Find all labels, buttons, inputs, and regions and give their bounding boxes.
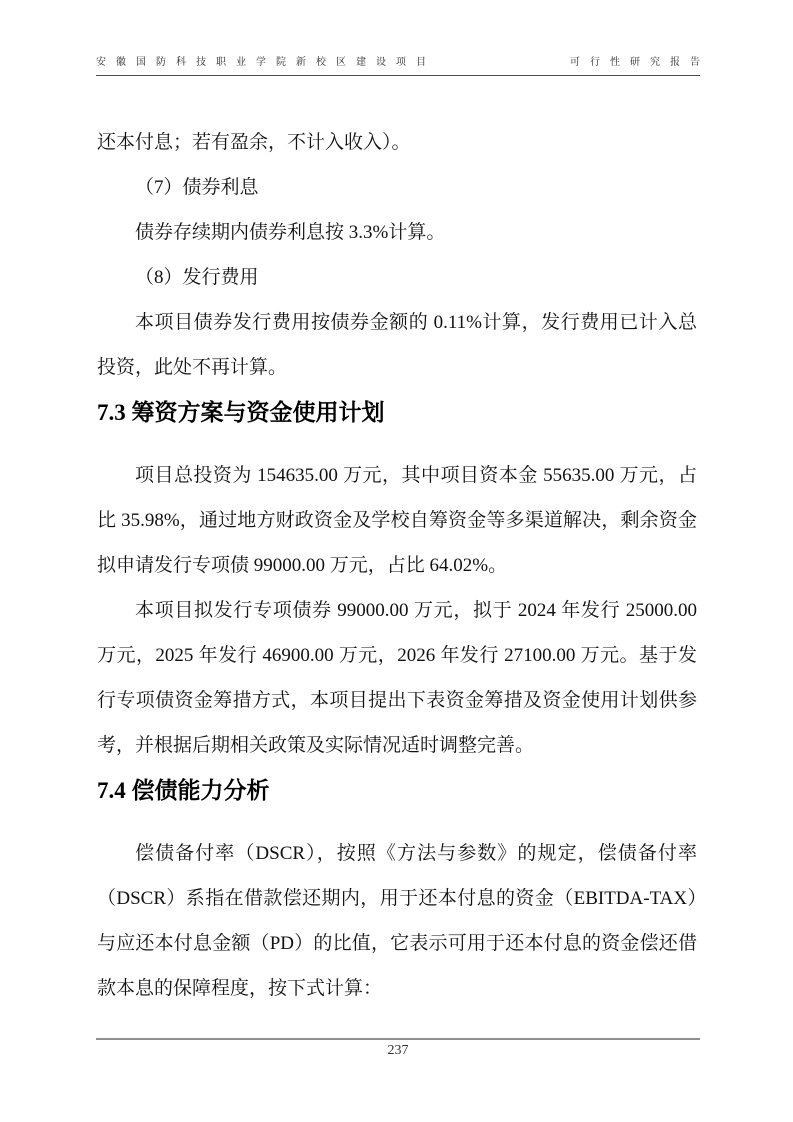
- paragraph-issuance-fee: 本项目债券发行费用按债券金额的 0.11%计算，发行费用已计入总投资，此处不再计…: [97, 300, 697, 390]
- document-page: 安徽国防科技职业学院新校区建设项目 可行性研究报告 还本付息；若有盈余，不计入收…: [0, 0, 793, 1122]
- paragraph-item-8-title: （8）发行费用: [97, 255, 697, 300]
- section-heading-7-4: 7.4 偿债能力分析: [97, 768, 697, 813]
- paragraph-carryover: 还本付息；若有盈余，不计入收入）。: [97, 120, 697, 165]
- document-body: 还本付息；若有盈余，不计入收入）。 （7）债券利息 债券存续期内债券利息按 3.…: [97, 120, 697, 1011]
- header-doc-type: 可行性研究报告: [570, 53, 710, 68]
- paragraph-bond-interest: 债券存续期内债券利息按 3.3%计算。: [97, 210, 697, 255]
- running-footer: 237: [96, 1038, 700, 1059]
- running-header: 安徽国防科技职业学院新校区建设项目 可行性研究报告: [96, 53, 700, 76]
- paragraph-bond-issuance-plan: 本项目拟发行专项债券 99000.00 万元，拟于 2024 年发行 25000…: [97, 588, 697, 768]
- paragraph-item-7-title: （7）债券利息: [97, 165, 697, 210]
- header-project-title: 安徽国防科技职业学院新校区建设项目: [96, 53, 436, 68]
- paragraph-dscr-definition: 偿债备付率（DSCR），按照《方法与参数》的规定，偿债备付率（DSCR）系指在借…: [97, 831, 697, 1011]
- paragraph-total-investment: 项目总投资为 154635.00 万元，其中项目资本金 55635.00 万元，…: [97, 453, 697, 588]
- page-number: 237: [388, 1043, 409, 1059]
- section-heading-7-3: 7.3 筹资方案与资金使用计划: [97, 390, 697, 435]
